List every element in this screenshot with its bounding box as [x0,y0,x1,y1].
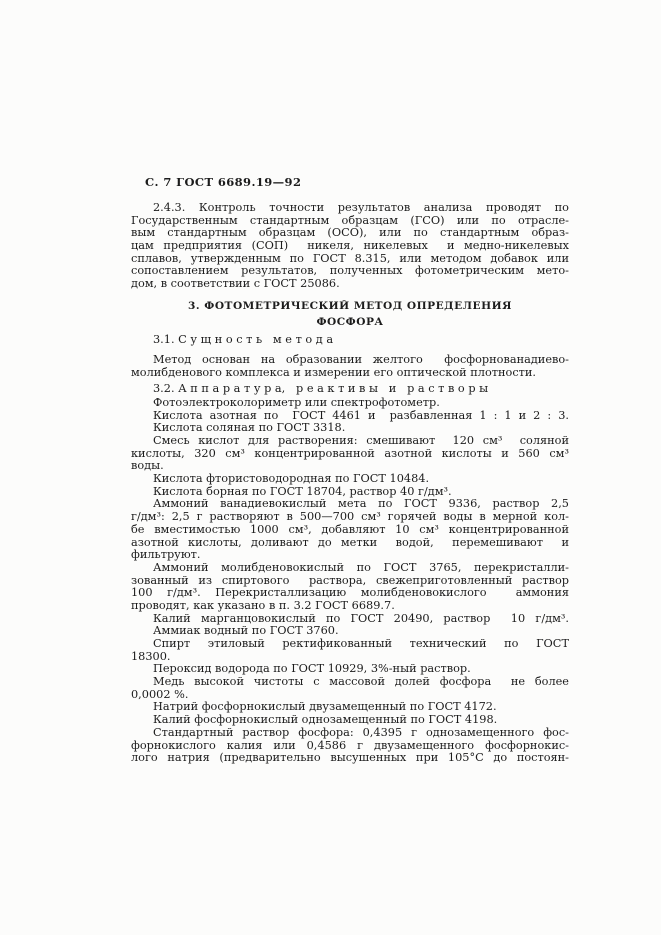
body-text-line: Натрий фосфорнокислый двузамещенный по Г… [131,701,569,714]
section-heading-line: 3. ФОТОМЕТРИЧЕСКИЙ МЕТОД ОПРЕДЕЛЕНИЯ [131,300,569,313]
body-text-line: вым стандартным образцам (ОСО), или по с… [131,227,569,240]
body-text-line: г/дм³: 2,5 г растворяют в 500—700 см³ го… [131,511,569,524]
body-text-line: Кислота азотная по ГОСТ 4461 и разбавлен… [131,410,569,423]
body-text-line: фильтруют. [131,549,569,562]
body-text-line: Аммоний ванадиевокислый мета по ГОСТ 933… [131,498,569,511]
body-text-line: Калий фосфорнокислый однозамещенный по Г… [131,714,569,727]
body-text-line: Смесь кислот для растворения: смешивают … [131,435,569,448]
body-text-line: форнокислого калия или 0,4586 г двузамещ… [131,740,569,753]
body-text-line: цам предприятия (СОП) никеля, никелевых … [131,240,569,253]
body-text-line: сопоставлением результатов, полученных ф… [131,265,569,278]
body-text-line: лого натрия (предварительно высушенных п… [131,752,569,765]
body-text-line: кислоты, 320 см³ концентрированной азотн… [131,448,569,461]
body-text-line: Стандартный раствор фосфора: 0,4395 г од… [131,727,569,740]
body-text-line: 2.4.3. Контроль точности результатов ана… [131,202,569,215]
body-text-line: воды. [131,460,569,473]
body-text-line: молибденового комплекса и измерении его … [131,367,569,380]
body-text-line: азотной кислоты, доливают до метки водой… [131,537,569,550]
body-text-line: Калий марганцовокислый по ГОСТ 20490, ра… [131,613,569,626]
body-text-line: Государственным стандартным образцам (ГС… [131,215,569,228]
body-text-line: Спирт этиловый ректификованный техническ… [131,638,569,651]
body-text-line: зованный из спиртового раствора, свежепр… [131,575,569,588]
body-text-line: 3.1. С у щ н о с т ь м е т о д а [131,334,569,347]
body-text-line: сплавов, утвержденным по ГОСТ 8.315, или… [131,253,569,266]
section-heading-line: ФОСФОРА [131,316,569,329]
body-text-line: Метод основан на образовании желтого фос… [131,354,569,367]
body-text-line: дом, в соответствии с ГОСТ 25086. [131,278,569,291]
body-text-line: 18300. [131,651,569,664]
body-text-line: Аммиак водный по ГОСТ 3760. [131,625,569,638]
body-text-line: Кислота соляная по ГОСТ 3318. [131,422,569,435]
body-text-line: Медь высокой чистоты с массовой долей фо… [131,676,569,689]
document-body: 2.4.3. Контроль точности результатов ана… [131,202,569,765]
page-header: С. 7 ГОСТ 6689.19—92 [145,176,569,188]
body-text-line: Аммоний молибденовокислый по ГОСТ 3765, … [131,562,569,575]
body-text-line: Кислота борная по ГОСТ 18704, раствор 40… [131,486,569,499]
body-text-line: Кислота фтористоводородная по ГОСТ 10484… [131,473,569,486]
document-page: С. 7 ГОСТ 6689.19—92 2.4.3. Контроль точ… [0,0,661,935]
text-column: С. 7 ГОСТ 6689.19—92 2.4.3. Контроль точ… [131,176,569,765]
body-text-line: Фотоэлектроколориметр или спектрофотомет… [131,397,569,410]
body-text-line: 100 г/дм³. Перекристаллизацию молибденов… [131,587,569,600]
body-text-line: бе вместимостью 1000 см³, добавляют 10 с… [131,524,569,537]
body-text-line: Пероксид водорода по ГОСТ 10929, 3%-ный … [131,663,569,676]
body-text-line: проводят, как указано в п. 3.2 ГОСТ 6689… [131,600,569,613]
body-text-line: 3.2. А п п а р а т у р а, р е а к т и в … [131,383,569,396]
body-text-line: 0,0002 %. [131,689,569,702]
